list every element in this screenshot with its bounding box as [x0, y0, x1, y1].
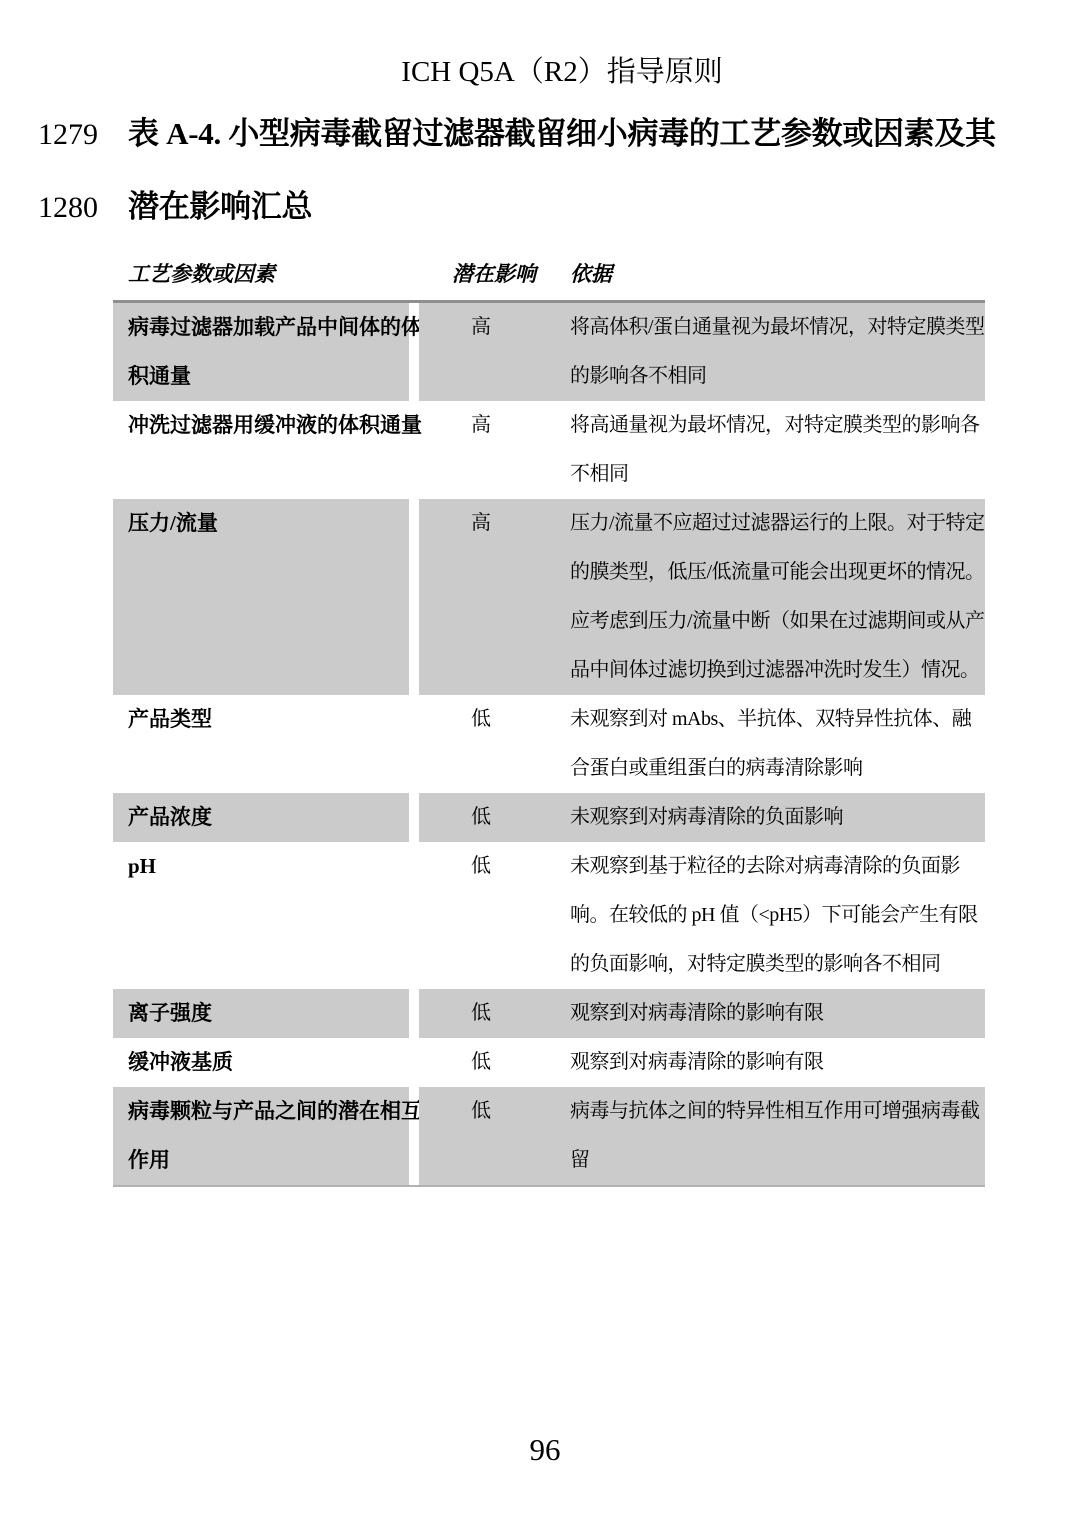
parameter-cell: 病毒颗粒与产品之间的潜在相互作用: [113, 1087, 409, 1185]
document-header: ICH Q5A（R2）指导原则: [0, 52, 1080, 92]
table-caption-line-1: 1279 表 A-4. 小型病毒截留过滤器截留细小病毒的工艺参数或因素及其: [38, 110, 996, 159]
column-gap: [409, 1087, 419, 1185]
parameter-cell: 压力/流量: [113, 499, 409, 695]
impact-cell: 低: [471, 695, 491, 744]
line-number-1279: 1279: [38, 111, 128, 159]
column-gap: [409, 499, 419, 695]
column-header-basis: 依据: [570, 248, 612, 300]
table-row: pH 低 未观察到基于粒径的去除对病毒清除的负面影响。在较低的 pH 值（<pH…: [113, 842, 985, 989]
impact-cell: 高: [471, 401, 491, 450]
impact-cell: 低: [471, 989, 491, 1038]
column-header-impact: 潜在影响: [452, 248, 536, 300]
basis-cell: 未观察到基于粒径的去除对病毒清除的负面影响。在较低的 pH 值（<pH5）下可能…: [570, 842, 985, 989]
table-row: 缓冲液基质 低 观察到对病毒清除的影响有限: [113, 1038, 985, 1087]
column-gap: [409, 793, 419, 842]
parameter-cell: 产品浓度: [113, 793, 409, 842]
column-gap: [409, 1038, 419, 1087]
table-row: 冲洗过滤器用缓冲液的体积通量 高 将高通量视为最坏情况，对特定膜类型的影响各不相…: [113, 401, 985, 499]
table-caption-line-2: 1280 潜在影响汇总: [38, 183, 312, 232]
line-number-1280: 1280: [38, 184, 128, 232]
column-gap: [409, 695, 419, 793]
table-row: 病毒颗粒与产品之间的潜在相互作用 低 病毒与抗体之间的特异性相互作用可增强病毒截…: [113, 1087, 985, 1187]
table-row: 离子强度 低 观察到对病毒清除的影响有限: [113, 989, 985, 1038]
impact-cell: 高: [471, 499, 491, 548]
impact-cell: 低: [471, 1087, 491, 1136]
parameter-cell: 产品类型: [113, 695, 409, 793]
process-parameters-table: 工艺参数或因素 潜在影响 依据 病毒过滤器加载产品中间体的体积通量 高 将高体积…: [113, 248, 985, 1187]
table-caption-text-2: 潜在影响汇总: [128, 183, 312, 231]
impact-cell: 低: [471, 793, 491, 842]
column-gap: [409, 303, 419, 401]
column-gap: [409, 842, 419, 989]
basis-cell: 将高体积/蛋白通量视为最坏情况，对特定膜类型的影响各不相同: [570, 303, 985, 401]
parameter-cell: 冲洗过滤器用缓冲液的体积通量: [113, 401, 409, 499]
parameter-cell: pH: [113, 842, 409, 989]
basis-cell: 压力/流量不应超过过滤器运行的上限。对于特定的膜类型，低压/低流量可能会出现更坏…: [570, 499, 985, 695]
table-row: 病毒过滤器加载产品中间体的体积通量 高 将高体积/蛋白通量视为最坏情况，对特定膜…: [113, 300, 985, 401]
page-number: 96: [0, 1432, 1080, 1468]
basis-cell: 观察到对病毒清除的影响有限: [570, 1038, 985, 1087]
basis-cell: 未观察到对 mAbs、半抗体、双特异性抗体、融合蛋白或重组蛋白的病毒清除影响: [570, 695, 985, 793]
table-row: 产品浓度 低 未观察到对病毒清除的负面影响: [113, 793, 985, 842]
impact-cell: 低: [471, 842, 491, 891]
column-header-parameter: 工艺参数或因素: [128, 248, 275, 300]
table-header-row: 工艺参数或因素 潜在影响 依据: [113, 248, 985, 300]
parameter-cell: 病毒过滤器加载产品中间体的体积通量: [113, 303, 409, 401]
column-gap: [409, 989, 419, 1038]
impact-cell: 低: [471, 1038, 491, 1087]
basis-cell: 未观察到对病毒清除的负面影响: [570, 793, 985, 842]
basis-cell: 将高通量视为最坏情况，对特定膜类型的影响各不相同: [570, 401, 985, 499]
basis-cell: 观察到对病毒清除的影响有限: [570, 989, 985, 1038]
parameter-cell: 离子强度: [113, 989, 409, 1038]
parameter-cell: 缓冲液基质: [113, 1038, 409, 1087]
table-row: 产品类型 低 未观察到对 mAbs、半抗体、双特异性抗体、融合蛋白或重组蛋白的病…: [113, 695, 985, 793]
impact-cell: 高: [471, 303, 491, 352]
column-gap: [409, 401, 419, 499]
basis-cell: 病毒与抗体之间的特异性相互作用可增强病毒截留: [570, 1087, 985, 1185]
document-page: ICH Q5A（R2）指导原则 1279 表 A-4. 小型病毒截留过滤器截留细…: [0, 0, 1080, 1526]
table-caption-text-1: 表 A-4. 小型病毒截留过滤器截留细小病毒的工艺参数或因素及其: [128, 110, 996, 158]
table-row: 压力/流量 高 压力/流量不应超过过滤器运行的上限。对于特定的膜类型，低压/低流…: [113, 499, 985, 695]
